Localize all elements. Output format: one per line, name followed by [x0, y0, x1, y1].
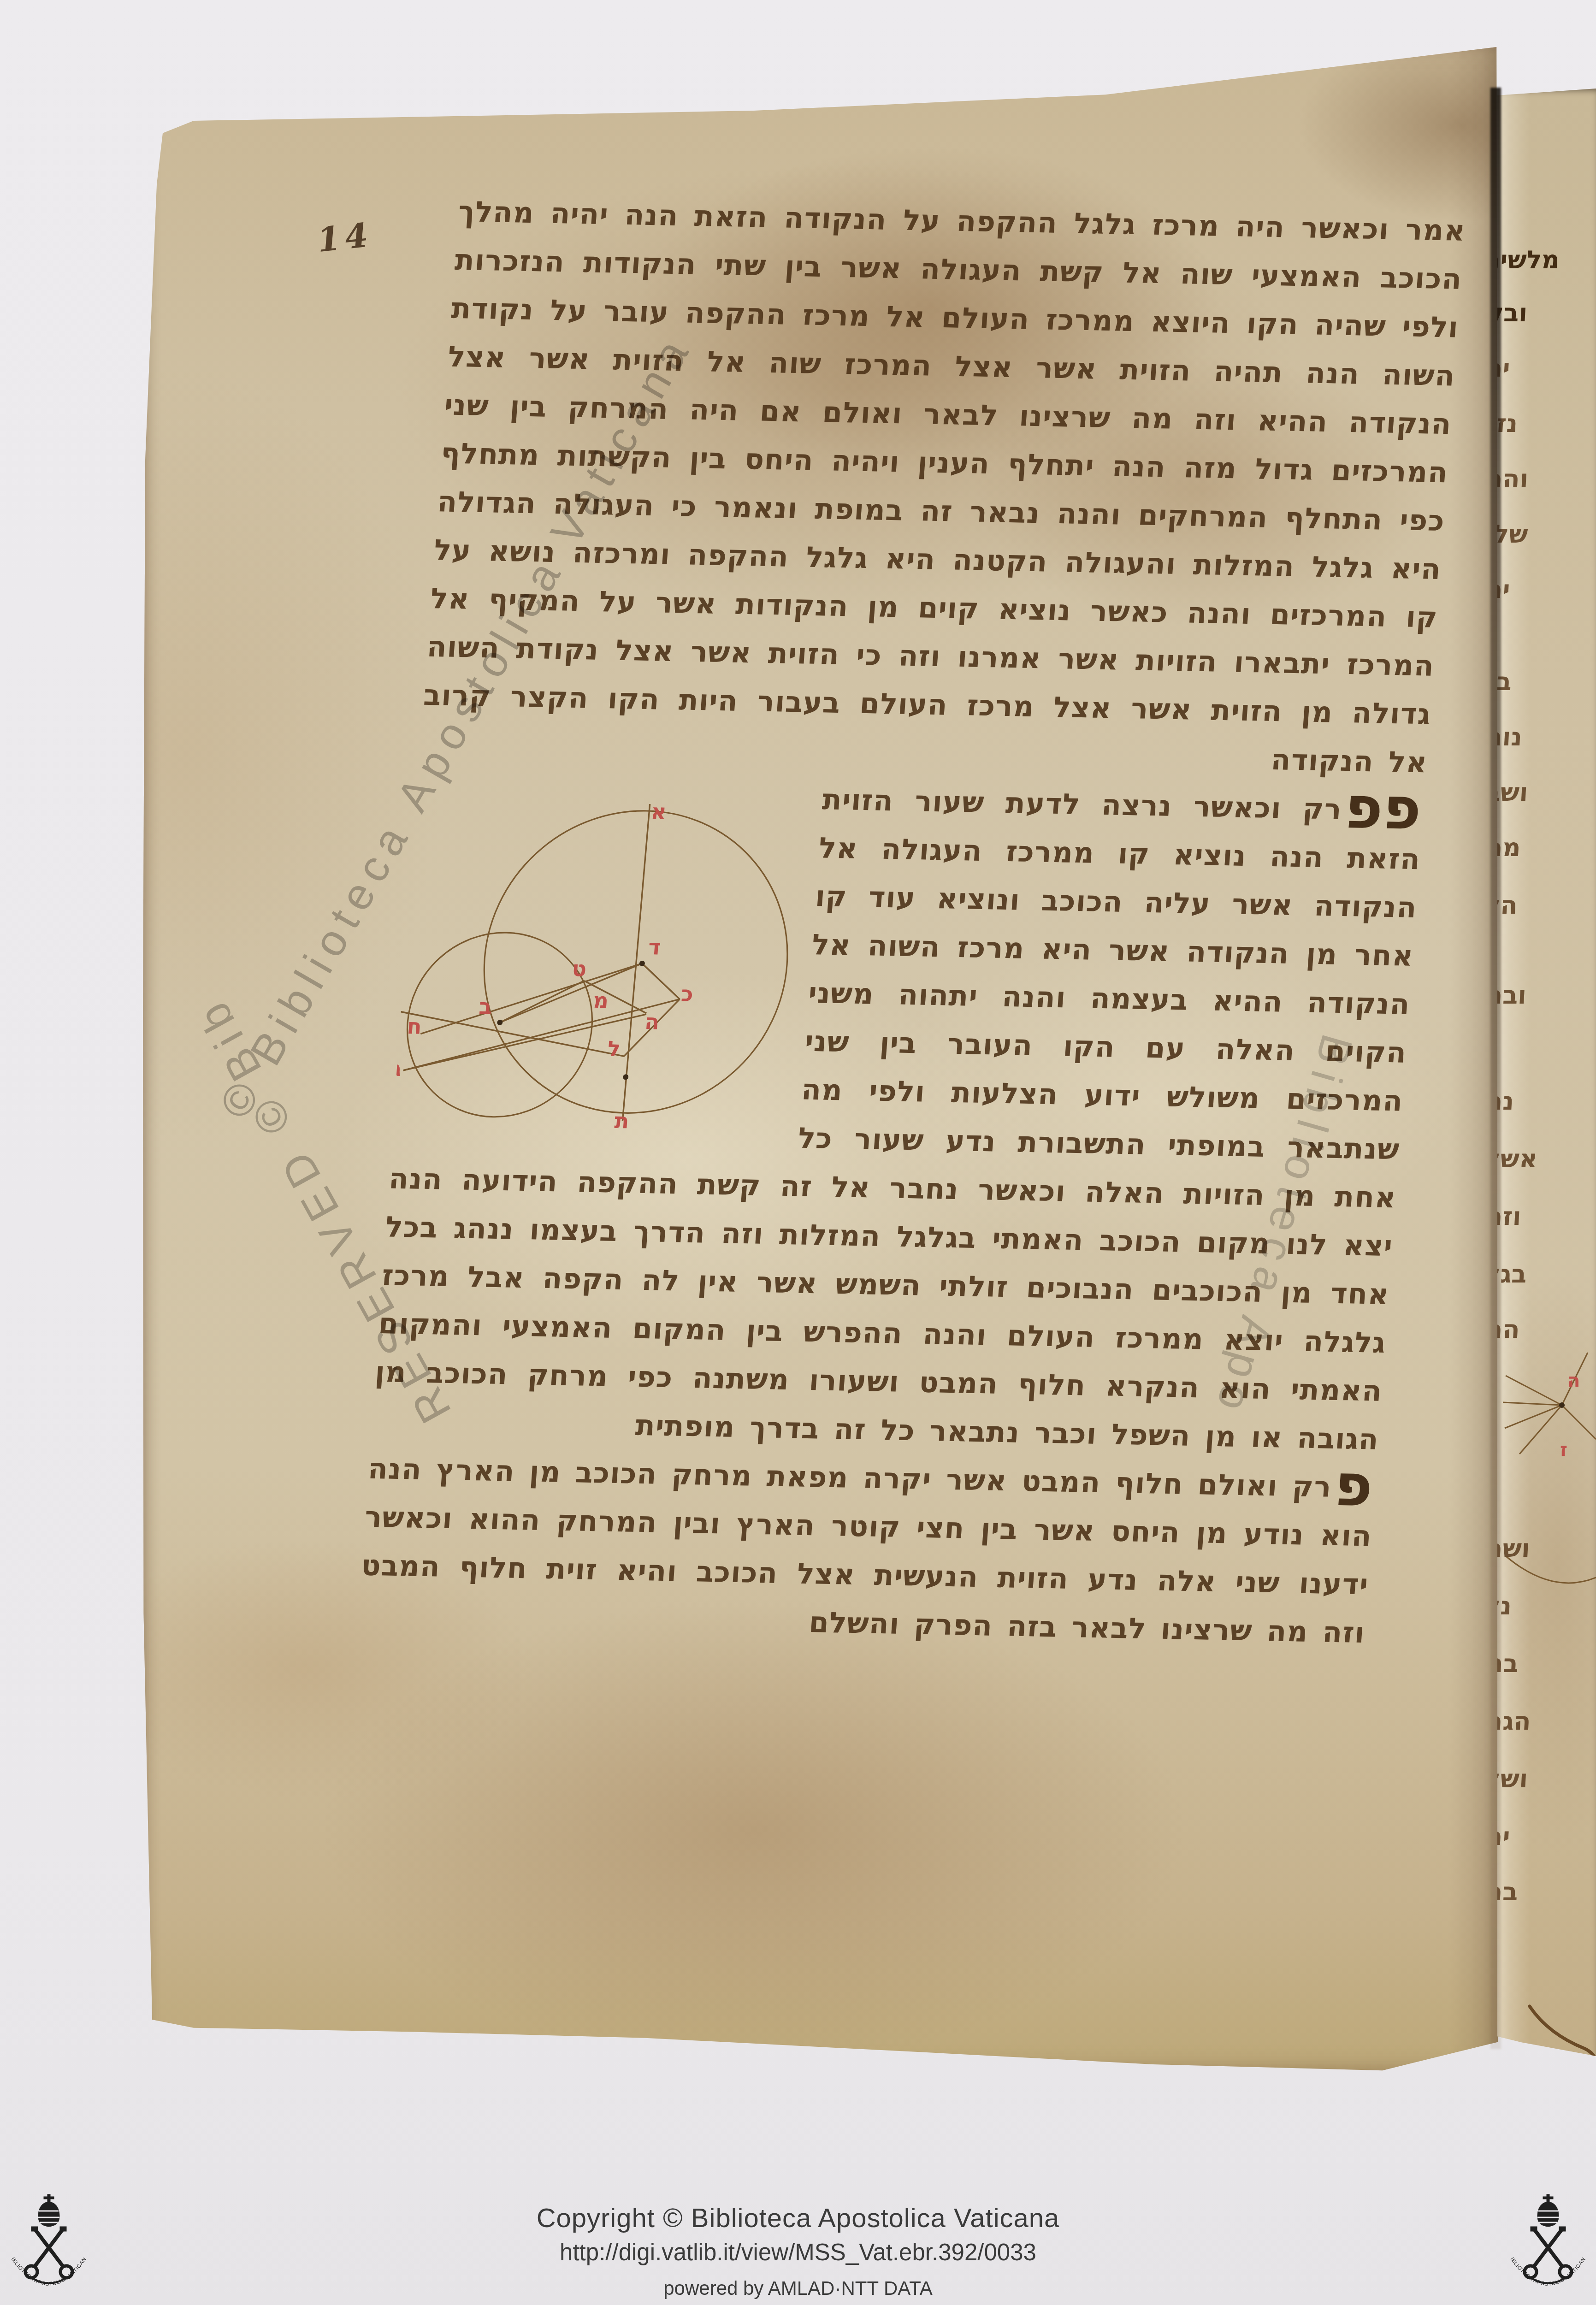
diagram-point-label: ת [614, 1108, 630, 1134]
adjacent-page-text-fragment: מלשיר [1497, 245, 1561, 274]
adjacent-page-text-fragment: שלו [1497, 520, 1529, 549]
adjacent-page-text-fragment: ושם [1497, 1534, 1531, 1563]
adjacent-page-text-fragment: נות [1497, 722, 1523, 751]
footer-url: http://digi.vatlib.it/view/MSS_Vat.ebr.3… [0, 2239, 1596, 2266]
manuscript-paragraph: אדטמהכבזחגלתפפרק וכאשר נרצה לדעת שעור הז… [370, 767, 1426, 1463]
adjacent-page-text-fragment: אשל [1497, 1144, 1538, 1173]
folio-number: 14 [315, 215, 374, 260]
manuscript-paragraph: פרק ואולם חלוף המבט אשר יקרה מפאת מרחק ה… [356, 1444, 1377, 1657]
diagram-point-label: ל [607, 1036, 622, 1061]
diagram-point-label: מ [592, 988, 610, 1013]
adjacent-page-diagram-fragment: הז [1497, 89, 1596, 2056]
diagram-point-label: ב [478, 994, 493, 1019]
diagram-point-label: ט [571, 956, 588, 981]
diagram-point-label: א [650, 799, 668, 824]
epicycle-diagram: אדטמהכבזחגלת [383, 775, 810, 1138]
footer-powered-by: powered by AMLAD·NTT DATA [0, 2277, 1596, 2299]
adjacent-page-text-fragment: וזם [1497, 1202, 1522, 1231]
diagram-point-label: ד [648, 934, 662, 959]
diagram-point-label: ה [644, 1009, 661, 1034]
binding-gutter-shadow [1490, 88, 1501, 2049]
adjacent-page-text-fragment: והם [1497, 464, 1529, 493]
adjacent-page-sliver: הז מלשירובקיםנזגוהםשלויםבגנותושבמםהלובםנ… [1497, 89, 1596, 2056]
enlarged-initial-letter: פפ [1340, 774, 1426, 843]
adjacent-page-text-fragment: ושל [1497, 1764, 1529, 1793]
vatican-library-emblem-right: BIBLIOTECA APOSTOLICA VATICANA [1510, 2193, 1586, 2302]
footer-copyright: Copyright © Biblioteca Apostolica Vatica… [0, 2203, 1596, 2234]
vatican-library-emblem-left: BIBLIOTECA APOSTOLICA VATICANA [11, 2193, 87, 2302]
svg-text:ה: ה [1567, 1370, 1580, 1391]
adjacent-page-text-fragment: ושב [1497, 778, 1529, 807]
enlarged-initial-letter: פ [1330, 1451, 1378, 1520]
adjacent-page-text-fragment: ובק [1497, 298, 1528, 327]
adjacent-page-text-fragment: ובם [1497, 981, 1527, 1010]
manuscript-text-block: אמר וכאשר היה מרכז גלגל ההקפה על הנקודה … [351, 187, 1467, 1721]
manuscript-paragraph: אמר וכאשר היה מרכז גלגל ההקפה על הנקודה … [419, 187, 1467, 786]
adjacent-page-text-fragment: בגל [1497, 1259, 1527, 1288]
diagram-point-label: ח [406, 1014, 423, 1039]
scan-viewer-canvas: 14 אמר וכאשר היה מרכז גלגל ההקפה על הנקו… [0, 0, 1596, 2305]
diagram-point-label: כ [680, 981, 695, 1006]
adjacent-page-text-fragment: הגם [1497, 1707, 1531, 1736]
svg-text:ז: ז [1560, 1439, 1567, 1460]
